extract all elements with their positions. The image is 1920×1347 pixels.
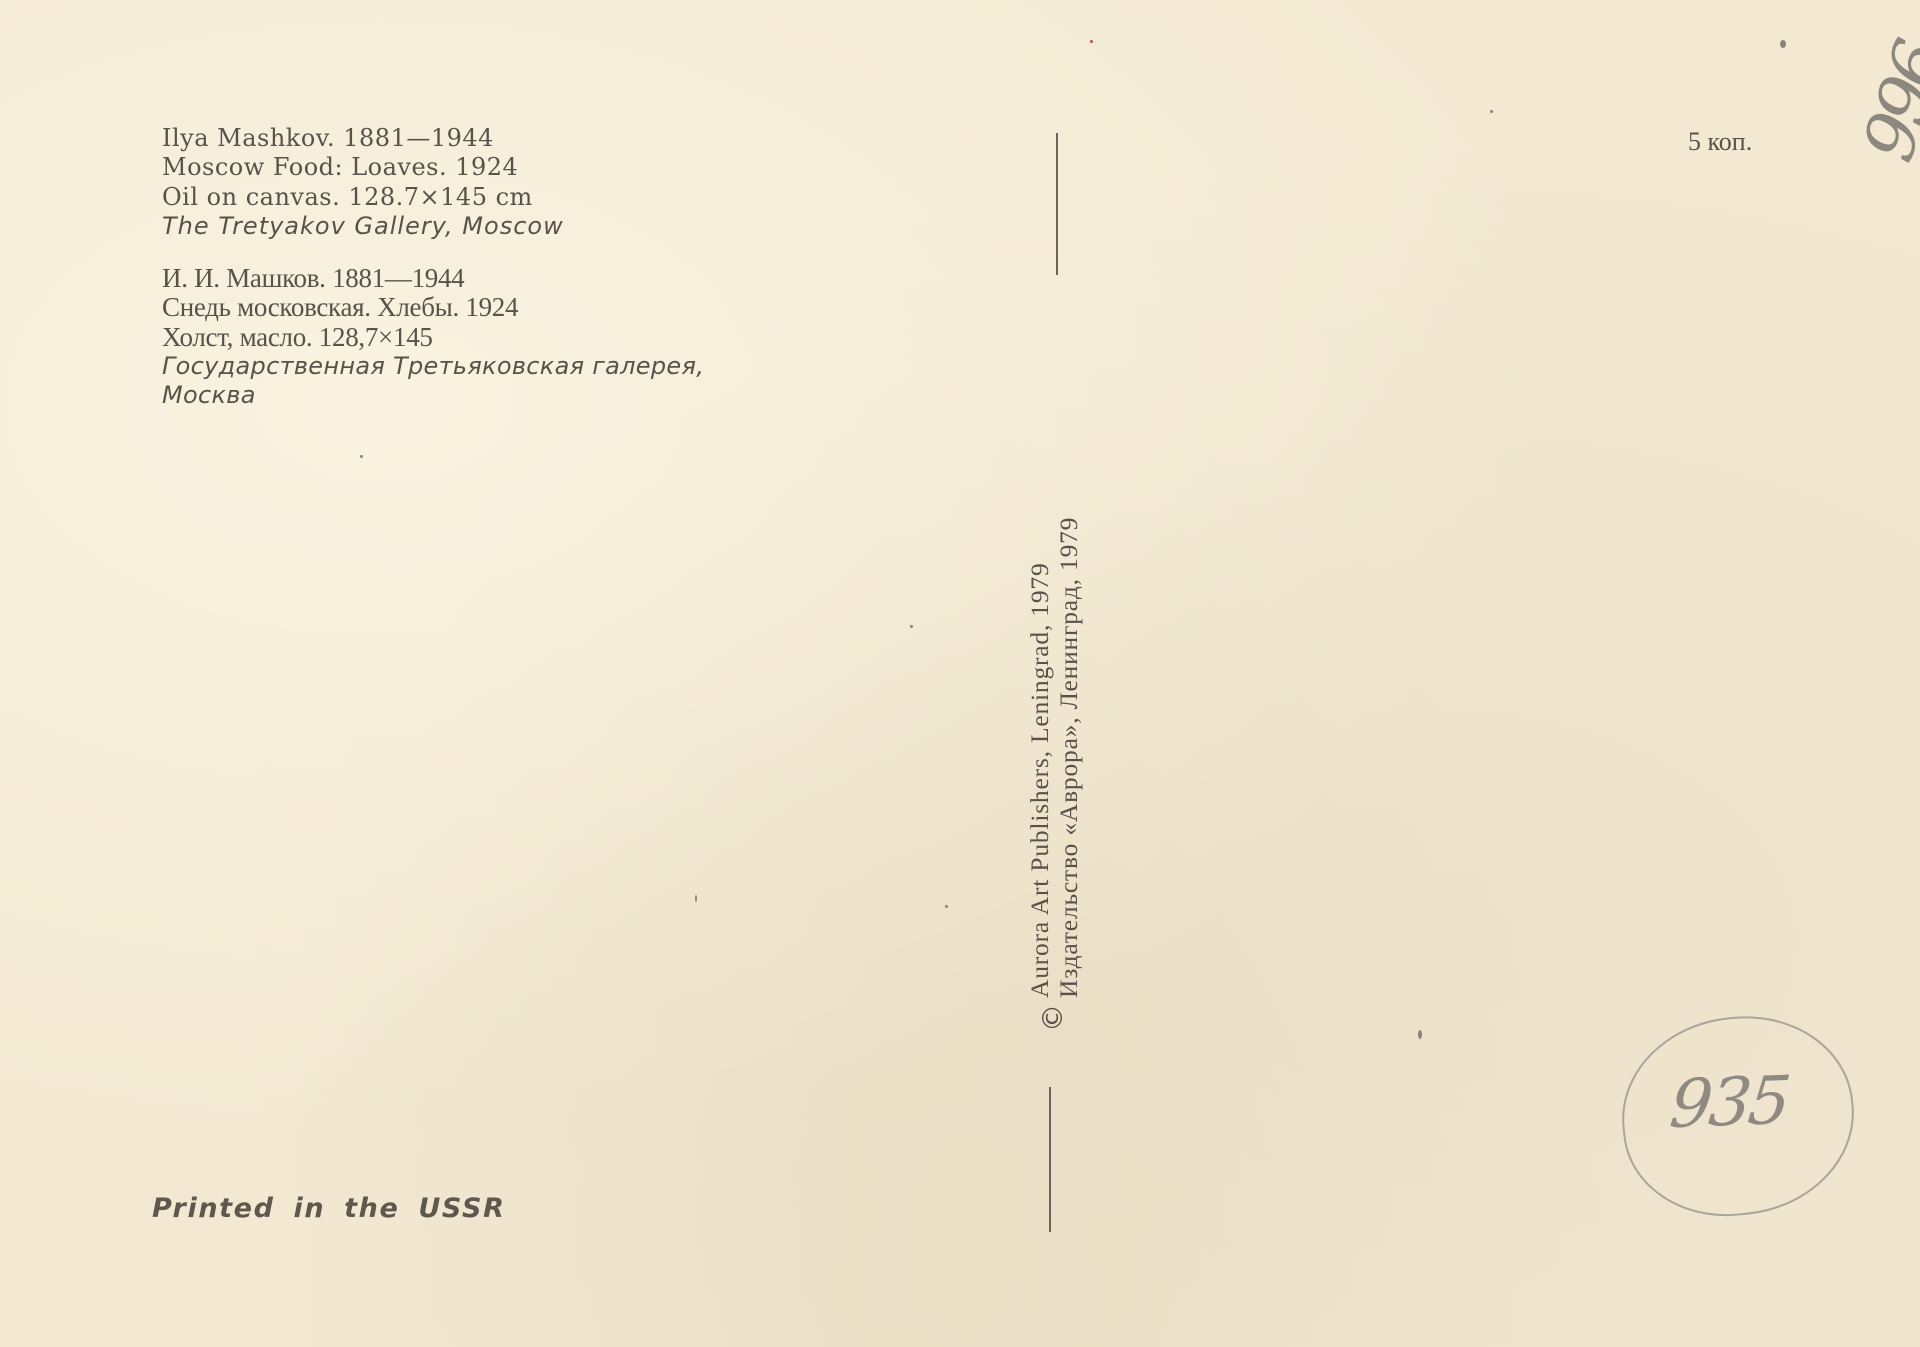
artwork-title-ru: Снедь московская. Хлебы. 1924 bbox=[162, 293, 704, 322]
artwork-medium-ru: Холст, масло. 128,7×145 bbox=[162, 323, 704, 352]
price-label: 5 коп. bbox=[1688, 127, 1752, 157]
paper-speck bbox=[910, 625, 913, 628]
handwritten-number-top: 996 bbox=[1847, 35, 1920, 170]
collection-ru-line1: Государственная Третьяковская галерея, bbox=[162, 352, 704, 381]
paper-speck bbox=[360, 455, 363, 458]
publisher-imprint: © Aurora Art Publishers, Leningrad, 1979… bbox=[1025, 332, 1083, 1032]
collection-ru-line2: Москва bbox=[162, 381, 704, 410]
artist-name-ru: И. И. Машков. 1881—1944 bbox=[162, 264, 704, 293]
caption-russian: И. И. Машков. 1881—1944 Снедь московская… bbox=[162, 264, 704, 410]
collection-en: The Tretyakov Gallery, Moscow bbox=[162, 212, 564, 241]
paper-speck bbox=[695, 895, 697, 902]
paper-speck bbox=[1490, 110, 1493, 113]
circled-pencil-note: 935 bbox=[1612, 1005, 1863, 1226]
artist-name-en: Ilya Mashkov. 1881—1944 bbox=[162, 124, 564, 153]
postcard-back: Ilya Mashkov. 1881—1944 Moscow Food: Loa… bbox=[0, 0, 1920, 1347]
handwritten-number-circled: 935 bbox=[1666, 1062, 1791, 1143]
artwork-title-en: Moscow Food: Loaves. 1924 bbox=[162, 153, 564, 182]
paper-speck bbox=[1418, 1030, 1422, 1039]
paper-speck bbox=[945, 905, 948, 908]
publisher-line-ru: Издательство «Аврора», Ленинград, 1979 bbox=[1054, 332, 1083, 1032]
printed-in-label: Printed in the USSR bbox=[152, 1193, 505, 1224]
divider-line-top bbox=[1056, 133, 1058, 275]
paper-speck bbox=[1090, 40, 1093, 43]
paper-speck bbox=[1780, 40, 1786, 48]
publisher-line-en: Aurora Art Publishers, Leningrad, 1979 bbox=[1025, 332, 1054, 1032]
divider-line-bottom bbox=[1049, 1087, 1051, 1232]
artwork-medium-en: Oil on canvas. 128.7×145 cm bbox=[162, 183, 564, 212]
caption-english: Ilya Mashkov. 1881—1944 Moscow Food: Loa… bbox=[162, 124, 564, 241]
